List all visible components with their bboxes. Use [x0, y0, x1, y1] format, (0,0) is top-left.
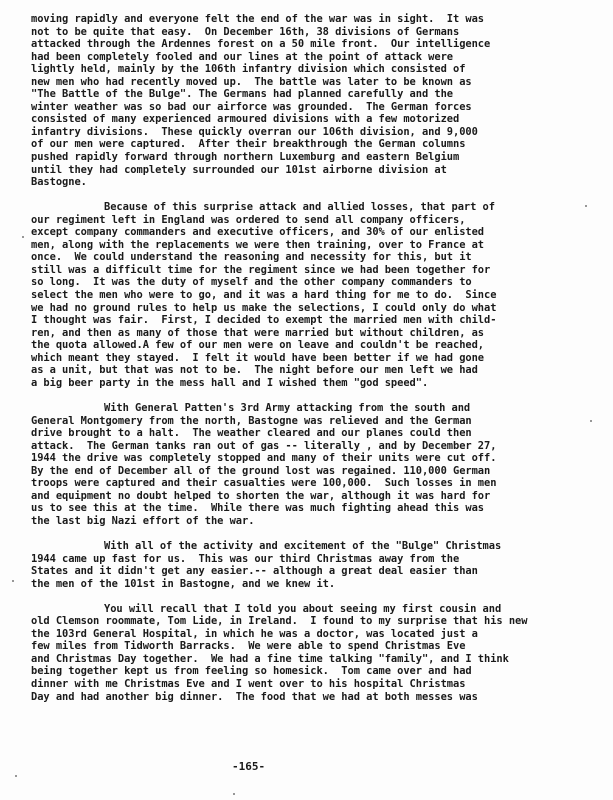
text-line: our regiment left in England was ordered… — [31, 214, 611, 227]
text-line: old Clemson roommate, Tom Lide, in Irela… — [31, 615, 611, 628]
text-line: the last big Nazi effort of the war. — [31, 515, 611, 528]
text-line: General Montgomery from the north, Basto… — [31, 415, 611, 428]
paragraph-5: You will recall that I told you about se… — [31, 603, 611, 703]
text-line: except company commanders and executive … — [31, 226, 611, 239]
page-number: -165- — [232, 760, 265, 773]
text-line: Bastogne. — [31, 176, 611, 189]
text-line: men, along with the replacements we were… — [31, 239, 611, 252]
text-line: not to be quite that easy. On December 1… — [31, 26, 611, 39]
paragraph-3: With General Patten's 3rd Army attacking… — [31, 402, 611, 527]
paragraph-gap — [31, 527, 611, 540]
text-line: as a unit, but that was not to be. The n… — [31, 364, 611, 377]
document-page: moving rapidly and everyone felt the end… — [0, 0, 613, 800]
text-line: until they had completely surrounded our… — [31, 164, 611, 177]
scan-speck — [12, 580, 14, 582]
scan-speck — [22, 236, 24, 238]
text-line: troops were captured and their casualtie… — [31, 477, 611, 490]
text-line: which meant they stayed. I felt it would… — [31, 352, 611, 365]
text-line: With all of the activity and excitement … — [31, 540, 611, 553]
text-line: lightly held, mainly by the 106th infant… — [31, 63, 611, 76]
text-line: By the end of December all of the ground… — [31, 465, 611, 478]
scan-speck — [15, 775, 17, 777]
text-line: of our men were captured. After their br… — [31, 138, 611, 151]
text-line: and Christmas Day together. We had a fin… — [31, 653, 611, 666]
text-line: and equipment no doubt helped to shorten… — [31, 490, 611, 503]
text-line: few miles from Tidworth Barracks. We wer… — [31, 640, 611, 653]
text-line: still was a difficult time for the regim… — [31, 264, 611, 277]
text-line: attack. The German tanks ran out of gas … — [31, 440, 611, 453]
text-line: infantry divisions. These quickly overra… — [31, 126, 611, 139]
text-line: new men who had recently moved up. The b… — [31, 76, 611, 89]
scan-speck — [233, 793, 235, 795]
text-line: being together kept us from feeling so h… — [31, 665, 611, 678]
paragraph-1: moving rapidly and everyone felt the end… — [31, 13, 611, 189]
text-line: us to see this at the time. While there … — [31, 502, 611, 515]
text-line: With General Patten's 3rd Army attacking… — [31, 402, 611, 415]
text-line: pushed rapidly forward through northern … — [31, 151, 611, 164]
text-line: You will recall that I told you about se… — [31, 603, 611, 616]
text-line: consisted of many experienced armoured d… — [31, 113, 611, 126]
text-line: winter weather was so bad our airforce w… — [31, 101, 611, 114]
text-line: "The Battle of the Bulge". The Germans h… — [31, 88, 611, 101]
text-line: had been completely fooled and our lines… — [31, 51, 611, 64]
text-line: attacked through the Ardennes forest on … — [31, 38, 611, 51]
text-line: dinner with me Christmas Eve and I went … — [31, 678, 611, 691]
text-line: select the men who were to go, and it wa… — [31, 289, 611, 302]
text-line: we had no ground rules to help us make t… — [31, 302, 611, 315]
text-line: I thought was fair. First, I decided to … — [31, 314, 611, 327]
scan-speck — [590, 420, 592, 422]
text-line: so long. It was the duty of myself and t… — [31, 276, 611, 289]
paragraph-4: With all of the activity and excitement … — [31, 540, 611, 590]
text-line: Day and had another big dinner. The food… — [31, 691, 611, 704]
paragraph-2: Because of this surprise attack and alli… — [31, 201, 611, 389]
paragraph-gap — [31, 590, 611, 603]
text-line: ren, and then as many of those that were… — [31, 327, 611, 340]
text-line: drive brought to a halt. The weather cle… — [31, 427, 611, 440]
text-line: once. We could understand the reasoning … — [31, 251, 611, 264]
text-line: the men of the 101st in Bastogne, and we… — [31, 578, 611, 591]
document-body: moving rapidly and everyone felt the end… — [31, 13, 611, 703]
scan-speck — [585, 205, 587, 207]
text-line: a big beer party in the mess hall and I … — [31, 377, 611, 390]
text-line: the quota allowed.A few of our men were … — [31, 339, 611, 352]
text-line: moving rapidly and everyone felt the end… — [31, 13, 611, 26]
text-line: Because of this surprise attack and alli… — [31, 201, 611, 214]
paragraph-gap — [31, 389, 611, 402]
text-line: 1944 came up fast for us. This was our t… — [31, 553, 611, 566]
text-line: the 103rd General Hospital, in which he … — [31, 628, 611, 641]
paragraph-gap — [31, 189, 611, 202]
text-line: States and it didn't get any easier.-- a… — [31, 565, 611, 578]
text-line: 1944 the drive was completely stopped an… — [31, 452, 611, 465]
